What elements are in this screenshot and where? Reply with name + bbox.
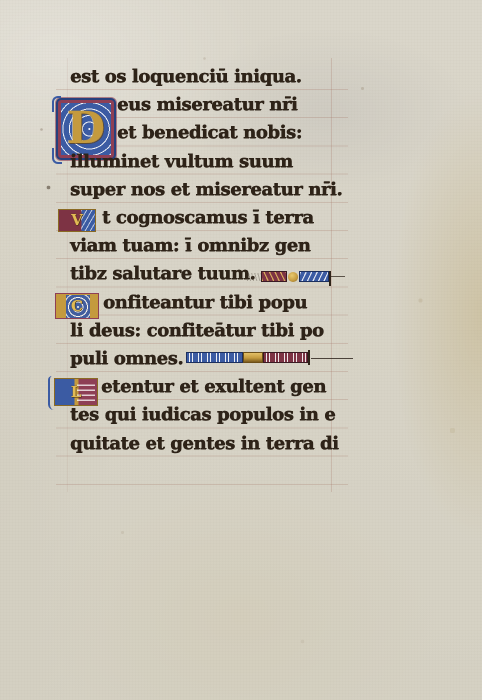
filler-gold-disc <box>288 272 299 282</box>
initial-letter: C <box>71 299 83 314</box>
filler-sketch-segment <box>247 273 261 281</box>
initial-letter: V <box>71 213 83 228</box>
filler-end-tick <box>308 350 310 365</box>
text-line: tibz salutare tuum. <box>70 261 255 287</box>
initial-letter: L <box>71 385 82 400</box>
filler-gold-segment <box>243 352 263 363</box>
text-line: onfiteantur tibi popu <box>103 290 307 316</box>
text-line: puli omnes. <box>70 346 183 372</box>
parchment-specks <box>0 0 1 1</box>
text-line: quitate et gentes in terra di <box>70 431 339 457</box>
manuscript-page: D V C L est os loquenciū iniqua. eus mis… <box>0 0 482 700</box>
text-line: est os loquenciū iniqua. <box>70 64 302 90</box>
filler-blue-chain-segment <box>186 352 243 363</box>
line-filler-icon <box>247 271 331 282</box>
text-line: tes qui iudicas populos in e <box>70 402 335 428</box>
filler-end-tick <box>329 271 331 286</box>
filler-maroon-chain-segment <box>263 352 308 363</box>
initial-letter: D <box>67 107 105 151</box>
text-line: et benedicat nobis: <box>117 120 302 146</box>
text-line: illuminet vultum suum <box>70 149 293 175</box>
line-filler-icon <box>186 352 310 363</box>
versal-initial-c: C <box>55 293 99 319</box>
filler-maroon-segment <box>261 271 287 282</box>
text-line: viam tuam: ī omnibz gen <box>70 233 310 259</box>
pen-flourish-line <box>311 358 353 359</box>
text-line: super nos et misereatur nr̄i. <box>70 177 342 203</box>
text-line: t cognoscamus ī terra <box>102 205 314 231</box>
text-line: etentur et exultent gen <box>101 374 326 400</box>
pen-flourish-line <box>331 276 345 277</box>
versal-initial-v: V <box>58 209 96 232</box>
text-line: li deus: confiteātur tibi po <box>70 318 324 344</box>
filler-blue-segment <box>299 271 329 282</box>
text-line: eus misereatur nr̄i <box>117 92 297 118</box>
